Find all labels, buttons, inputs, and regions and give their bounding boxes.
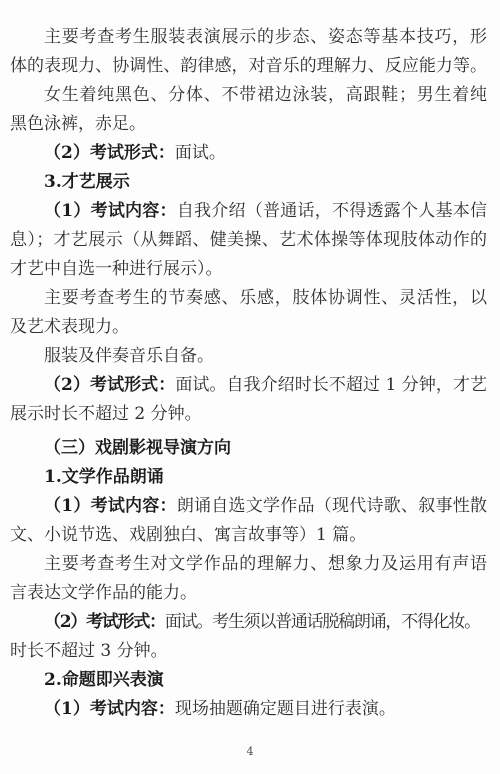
text-run: 时长不超过 3 分钟。 (10, 641, 168, 661)
heading-line: （三）戏剧影视导演方向 (10, 434, 487, 463)
text-run: 展示时长不超过 2 分钟。 (10, 404, 202, 424)
text-run: 1.文学作品朗诵 (44, 467, 164, 487)
text-run: 面试。 (175, 143, 226, 163)
text-line: 才艺中自选一种进行展示）。 (10, 255, 487, 284)
text-run: 朗诵自选文学作品（现代诗歌、叙事性散 (177, 496, 487, 516)
text-line: 及艺术表现力。 (10, 313, 487, 342)
text-run: 体的表现力、协调性、韵律感，对音乐的理解力、反应能力等。 (10, 56, 487, 76)
text-run: 黑色泳裤，赤足。 (10, 114, 146, 134)
text-run: 主要考查考生的节奏感、乐感，肢体协调性、灵活性，以 (44, 288, 487, 308)
text-run: （三）戏剧影视导演方向 (44, 438, 231, 458)
document-body: 主要考查考生服装表演展示的步态、姿态等基本技巧，形体的表现力、协调性、韵律感，对… (0, 0, 500, 724)
text-run: 服装及伴奏音乐自备。 (44, 346, 214, 366)
text-run: 才艺中自选一种进行展示）。 (10, 259, 223, 279)
bold-run: （2）考试形式： (44, 375, 175, 395)
text-run: 息）；才艺展示（从舞蹈、健美操、艺术体操等体现肢体动作的 (10, 230, 487, 250)
text-line: 展示时长不超过 2 分钟。 (10, 400, 487, 429)
heading-line: 3.才艺展示 (10, 168, 487, 197)
bold-run: （1）考试内容： (44, 496, 177, 516)
text-run: 女生着纯黑色、分体、不带裙边泳装，高跟鞋；男生着纯 (44, 85, 487, 105)
text-run: 2.命题即兴表演 (44, 670, 164, 690)
text-run: 面试。自我介绍时长不超过 1 分钟，才艺 (175, 375, 487, 395)
text-line: （2）考试形式：面试。自我介绍时长不超过 1 分钟，才艺 (10, 371, 487, 400)
text-line: 主要考查考生的节奏感、乐感，肢体协调性、灵活性，以 (10, 284, 487, 313)
bold-run: （2）考试形式： (44, 143, 175, 163)
text-run: 3.才艺展示 (44, 172, 130, 192)
bold-run: （1）考试内容： (44, 201, 177, 221)
text-run: 主要考查考生服装表演展示的步态、姿态等基本技巧，形 (44, 27, 487, 47)
bold-run: （1）考试内容： (44, 699, 175, 719)
text-line: 文、小说节选、戏剧独白、寓言故事等）1 篇。 (10, 521, 487, 550)
text-line: 黑色泳裤，赤足。 (10, 110, 487, 139)
text-line: 女生着纯黑色、分体、不带裙边泳装，高跟鞋；男生着纯 (10, 81, 487, 110)
text-run: 文、小说节选、戏剧独白、寓言故事等）1 篇。 (10, 525, 366, 545)
heading-line: 1.文学作品朗诵 (10, 463, 487, 492)
page-number: 4 (0, 745, 500, 759)
text-run: 言表达文学作品的能力。 (10, 583, 197, 603)
text-run: 及艺术表现力。 (10, 317, 129, 337)
heading-line: 2.命题即兴表演 (10, 666, 487, 695)
text-line: 体的表现力、协调性、韵律感，对音乐的理解力、反应能力等。 (10, 52, 487, 81)
text-line: （2）考试形式：面试。 (10, 139, 487, 168)
text-line: （1）考试内容：朗诵自选文学作品（现代诗歌、叙事性散 (10, 492, 487, 521)
text-run: 现场抽题确定题目进行表演。 (175, 699, 396, 719)
text-line: （1）考试内容：自我介绍（普通话，不得透露个人基本信 (10, 197, 487, 226)
text-line: 主要考查考生服装表演展示的步态、姿态等基本技巧，形 (10, 23, 487, 52)
text-line: 主要考查考生对文学作品的理解力、想象力及运用有声语 (10, 550, 487, 579)
text-run: 自我介绍（普通话，不得透露个人基本信 (177, 201, 487, 221)
text-line: 息）；才艺展示（从舞蹈、健美操、艺术体操等体现肢体动作的 (10, 226, 487, 255)
bold-run: （2）考试形式： (44, 612, 165, 632)
text-run: 面试。考生须以普通话脱稿朗诵，不得化妆。 (165, 612, 480, 632)
text-run: 主要考查考生对文学作品的理解力、想象力及运用有声语 (44, 554, 487, 574)
text-line: （2）考试形式：面试。考生须以普通话脱稿朗诵，不得化妆。 (10, 608, 487, 637)
text-line: 言表达文学作品的能力。 (10, 579, 487, 608)
text-line: 时长不超过 3 分钟。 (10, 637, 487, 666)
text-line: （1）考试内容：现场抽题确定题目进行表演。 (10, 695, 487, 724)
document-page: 主要考查考生服装表演展示的步态、姿态等基本技巧，形体的表现力、协调性、韵律感，对… (0, 0, 500, 774)
text-line: 服装及伴奏音乐自备。 (10, 342, 487, 371)
